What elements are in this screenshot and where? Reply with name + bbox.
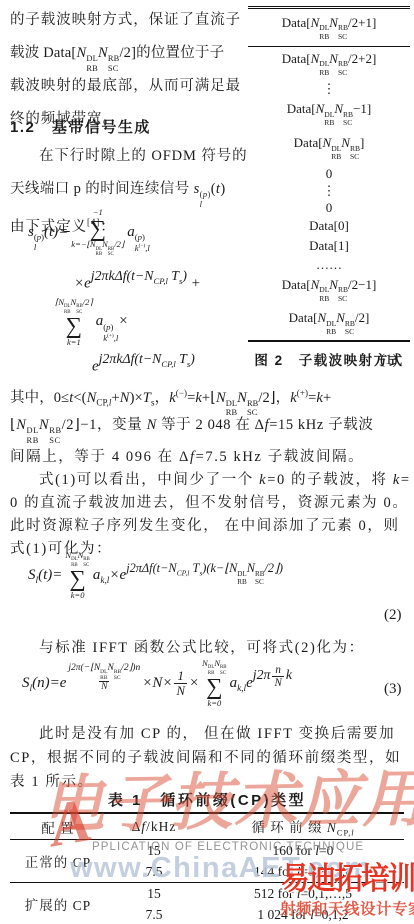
equation-2: Sl(t)=NDLRBNRBSC∑k=0ak,l×ej2πΔf(t−NCP,l … — [28, 550, 283, 601]
figure-row: Data[NDLRBNRBSC/2] — [248, 307, 410, 341]
eq1-exponent: j2πkΔf(t−NCP,l Ts) — [91, 268, 187, 283]
eq3-times: × — [189, 675, 199, 691]
table-config-cell: 扩展的 CP — [10, 894, 106, 914]
eq1-exp-base: ×e — [74, 276, 91, 292]
section-heading-1-2: 1.2 基带信号生成 — [10, 116, 151, 137]
equation-3: Sl(n)=ej2π(−⌊NDLRBNRBSC/2⌋)nN×N×1N×NDLRB… — [22, 658, 292, 709]
ellipsis-row: …… — [248, 256, 410, 273]
text-line: 天线端口 p 的时间连续信号 s(p)l(t) — [10, 173, 250, 206]
vertical-dots: ⋮ — [248, 182, 410, 199]
paper-page: { "symbols": {"sum": "∑"}, "left_column"… — [0, 0, 414, 924]
sum-operator: NDLRBNRBSC∑k=0 — [202, 658, 226, 709]
sum-operator: ⌈NDLRBNRBSC/2⌉∑k=1 — [55, 297, 93, 348]
table-cell: 512 for l=0,1,…,5 — [202, 886, 404, 902]
eq3-exponent2: j2πnNk — [253, 667, 292, 682]
eq1-lhs: s(p)l(t)= — [28, 224, 68, 240]
vertical-dots: ⋮ — [248, 81, 410, 98]
eq1-exponent2: j2πkΔf(t−NCP,l Ts) — [99, 351, 195, 366]
eq1-term2: a(p)k(+),l× — [96, 313, 129, 329]
cp-type-table: 配 置 Δf/kHz 循 环 前 缀 NCP,l 正常的 CP 15 160 f… — [10, 812, 404, 924]
table-header-cp: 循 环 前 缀 NCP,l — [202, 816, 404, 838]
subcarrier-mapping-figure: Data[NDLRBNRBSC/2+1] Data[NDLRBNRBSC/2+2… — [248, 6, 410, 369]
figure-row: 0 — [248, 165, 410, 182]
figure-row: 0 — [248, 199, 410, 216]
eq3-exponent-fraction: j2π(−⌊NDLRBNRBSC/2⌋)nN — [66, 673, 142, 683]
text-line: 载波 Data[NDLRBNRBSC/2]的位置位于子 — [10, 37, 250, 70]
text-line: 间隔上，等于 4 096 在 Δf=7.5 kHz 子载波间隔。 — [10, 445, 364, 469]
text-line: 载波映射的最底部，从而可满足最 — [10, 70, 250, 103]
sum-operator: −1∑k=−⌊NDLRBNRBSC/2⌋ — [71, 207, 124, 258]
table-cell: 15 — [106, 843, 202, 859]
eq3-lhs: Sl(n)=e — [22, 675, 66, 691]
eq2-lhs: Sl(t)= — [28, 567, 62, 583]
sigma-symbol: ∑ — [66, 315, 82, 337]
text-line: 的子载波映射方式，保证了直流子 — [10, 4, 250, 37]
figure-row: Data[NDLRBNRBSC/2+2] — [248, 47, 410, 81]
text-line: CP，根据不同的子载波间隔和不同的循环前缀类型，如 — [10, 746, 401, 770]
text-line: 与标准 IFFT 函数公式比较，可将式(2)化为： — [10, 636, 365, 660]
equation-1: s(p)l(t)=−1∑k=−⌊NDLRBNRBSC/2⌋a(p)k(−),l … — [22, 207, 257, 376]
text-line: 在下行时隙上的 OFDM 符号的 — [10, 140, 250, 173]
table-group-extended-cp: 扩展的 CP 15 512 for l=0,1,…,5 7.5 1 024 fo… — [10, 883, 404, 924]
one-over-n-fraction: 1N — [174, 669, 187, 698]
eq2-term: ak,l×e — [93, 567, 126, 583]
figure-row: Data[NDLRBNRBSC] — [248, 131, 410, 165]
table-header-config: 配 置 — [10, 817, 106, 837]
figure2-caption: 图 2 子载波映射方式 — [248, 349, 410, 369]
text-line: 此时资源粒子序列发生变化， 在中间添加了元素 0，则 — [10, 514, 400, 538]
text-line: ⌊NDLRBNRBSC/2⌋−1，变量 N 等于 2 048 在 Δf=15 k… — [10, 413, 373, 445]
table-cell: 15 — [106, 886, 202, 902]
table-header-deltaf: Δf/kHz — [106, 819, 202, 835]
eq1-plus: + — [191, 276, 201, 292]
figure-row: Data[0] — [248, 216, 410, 236]
table1-title: 表 1 循环前缀(CP)类型 — [0, 789, 414, 810]
equation-2-number: (2) — [384, 607, 402, 624]
text-line: 此时是没有加 CP 的， 但在做 IFFT 变换后需要加 — [10, 722, 395, 746]
table-cell: 7.5 — [106, 864, 202, 880]
sigma-symbol: ∑ — [206, 676, 222, 698]
n-over-N-fraction: nN — [272, 664, 283, 689]
table-cell: 144 for l=1,2,…,6 — [202, 864, 404, 880]
figure-row: Data[NDLRBNRBSC/2+1] — [248, 11, 410, 47]
table-config-cell: 正常的 CP — [10, 851, 106, 871]
eq1-exp2-base: e — [92, 359, 99, 375]
figure-row: Data[NDLRBNRBSC/2−1] — [248, 273, 410, 307]
figure-row: Data[NDLRBNRBSC−1] — [248, 98, 410, 132]
text-line: 式(1)可以看出，中间少了一个 k=0 的子载波，将 k= — [10, 468, 411, 492]
sum-operator: NDLRBNRBSC∑k=0 — [65, 550, 89, 601]
sigma-symbol: ∑ — [69, 568, 85, 590]
eq2-exponent: j2πΔf(t−NCP,l Ts)(k−⌊NDLRBNRBSC/2⌋) — [126, 561, 283, 575]
text-line: 0 的直流子载波加进去，但不发射信号，资源元素为 0。 — [10, 491, 408, 515]
eq3-mid: ×N× — [142, 675, 172, 691]
table-cell: 160 for l=0 — [202, 843, 404, 859]
table-group-normal-cp: 正常的 CP 15 160 for l=0 7.5 144 for l=1,2,… — [10, 840, 404, 883]
sigma-symbol: ∑ — [90, 218, 106, 240]
eq3-term: ak,le — [230, 675, 253, 691]
equation-3-number: (3) — [384, 681, 402, 698]
figure2-stack: Data[NDLRBNRBSC/2+1] Data[NDLRBNRBSC/2+2… — [248, 6, 410, 342]
figure-row: Data[1] — [248, 236, 410, 256]
table-cell: 1 024 for l=0,1,2 — [202, 907, 404, 923]
eq1-term1: a(p)k(−),l — [127, 224, 150, 240]
table-header-row: 配 置 Δf/kHz 循 环 前 缀 NCP,l — [10, 814, 404, 840]
table-cell: 7.5 — [106, 907, 202, 923]
